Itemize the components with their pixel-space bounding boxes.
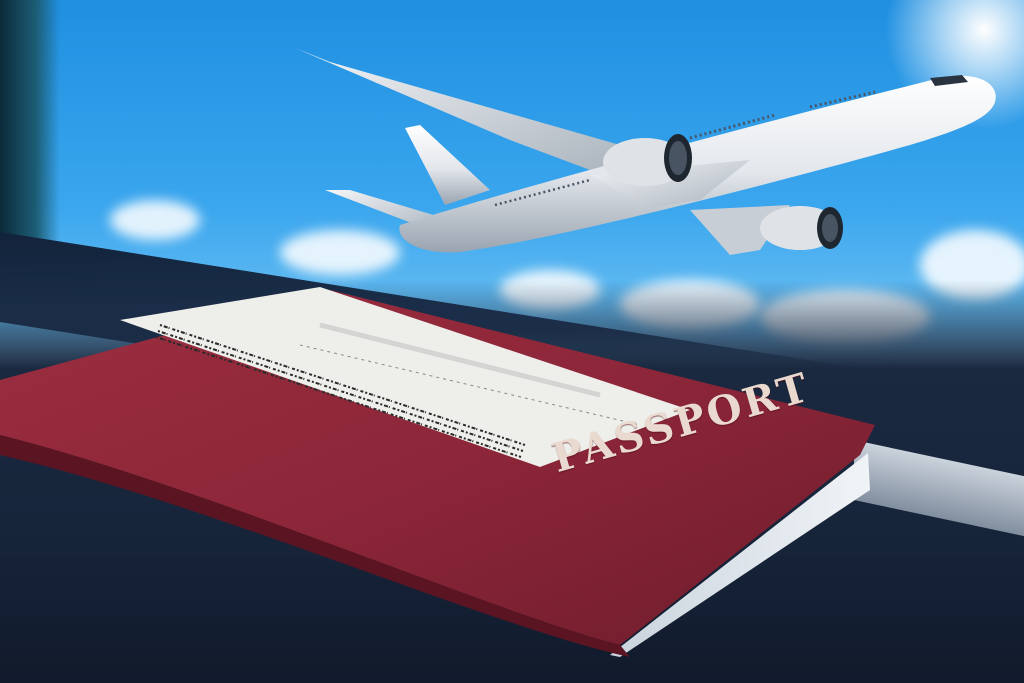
passport xyxy=(0,285,1024,683)
engine xyxy=(603,134,692,186)
airplane xyxy=(290,40,1010,270)
photo-scene: PASSPORT xyxy=(0,0,1024,683)
engine xyxy=(760,206,843,250)
window-frame xyxy=(0,0,60,260)
cloud xyxy=(110,200,200,240)
